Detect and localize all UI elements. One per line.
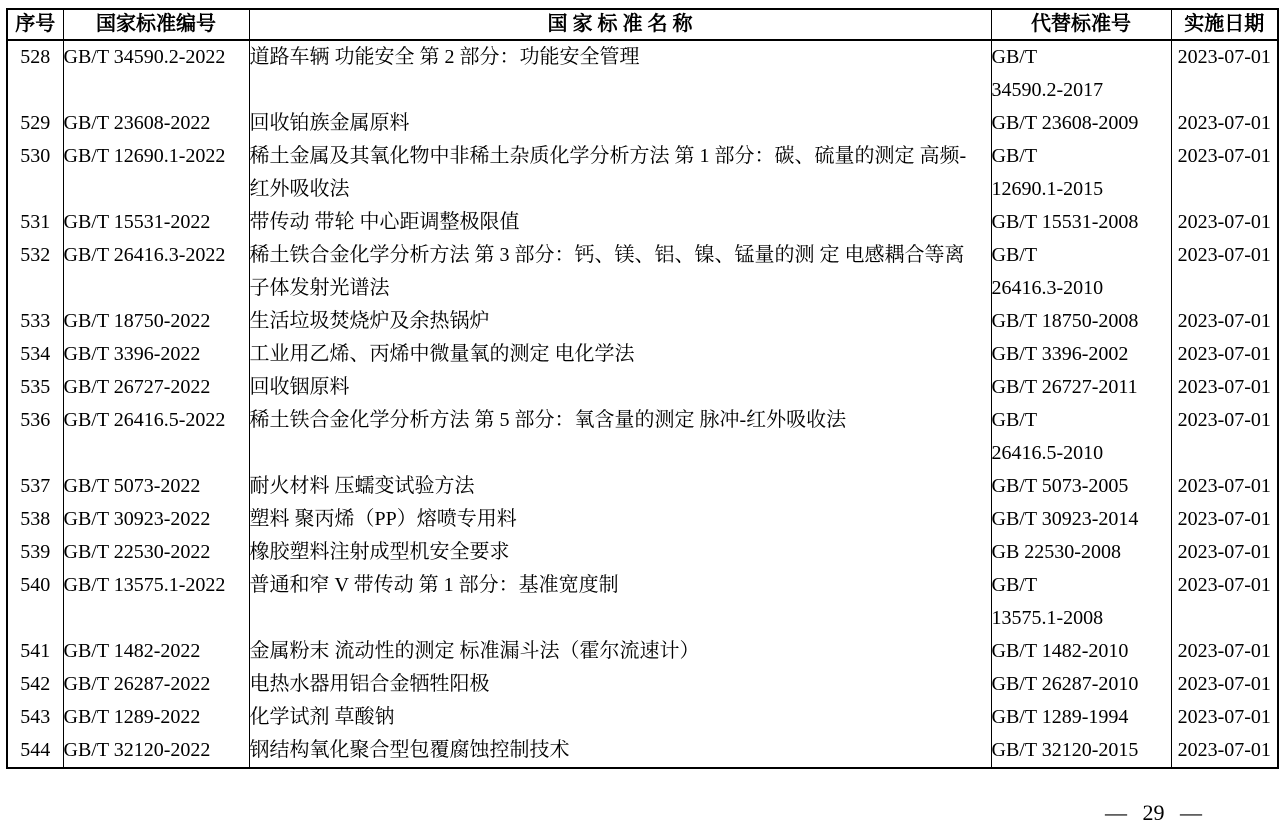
cell-std-name: 化学试剂 草酸钠: [249, 701, 991, 734]
cell-impl-date: 2023-07-01: [1171, 140, 1278, 206]
table-row: 530GB/T 12690.1-2022稀土金属及其氧化物中非稀土杂质化学分析方…: [7, 140, 1278, 206]
cell-std-name: 电热水器用铝合金牺牲阳极: [249, 668, 991, 701]
cell-replaced-no: GB/T 34590.2-2017: [991, 40, 1171, 107]
cell-std-name: 生活垃圾焚烧炉及余热锅炉: [249, 305, 991, 338]
table-row: 541GB/T 1482-2022金属粉末 流动性的测定 标准漏斗法（霍尔流速计…: [7, 635, 1278, 668]
table-row: 528GB/T 34590.2-2022道路车辆 功能安全 第 2 部分：功能安…: [7, 40, 1278, 107]
cell-seq: 537: [7, 470, 63, 503]
cell-std-name: 橡胶塑料注射成型机安全要求: [249, 536, 991, 569]
standards-table: 序号 国家标准编号 国 家 标 准 名 称 代替标准号 实施日期 528GB/T…: [6, 8, 1279, 769]
cell-replaced-no: GB/T 32120-2015: [991, 734, 1171, 768]
table-row: 529GB/T 23608-2022回收铂族金属原料GB/T 23608-200…: [7, 107, 1278, 140]
table-row: 533GB/T 18750-2022生活垃圾焚烧炉及余热锅炉GB/T 18750…: [7, 305, 1278, 338]
cell-std-name: 工业用乙烯、丙烯中微量氧的测定 电化学法: [249, 338, 991, 371]
cell-seq: 533: [7, 305, 63, 338]
cell-impl-date: 2023-07-01: [1171, 701, 1278, 734]
cell-replaced-no: GB/T 26287-2010: [991, 668, 1171, 701]
cell-seq: 530: [7, 140, 63, 206]
cell-seq: 543: [7, 701, 63, 734]
table-row: 544GB/T 32120-2022钢结构氧化聚合型包覆腐蚀控制技术GB/T 3…: [7, 734, 1278, 768]
cell-std-name: 钢结构氧化聚合型包覆腐蚀控制技术: [249, 734, 991, 768]
table-row: 532GB/T 26416.3-2022稀土铁合金化学分析方法 第 3 部分：钙…: [7, 239, 1278, 305]
table-row: 535GB/T 26727-2022回收铟原料GB/T 26727-201120…: [7, 371, 1278, 404]
cell-std-name: 普通和窄 V 带传动 第 1 部分：基准宽度制: [249, 569, 991, 635]
cell-impl-date: 2023-07-01: [1171, 338, 1278, 371]
cell-impl-date: 2023-07-01: [1171, 668, 1278, 701]
cell-replaced-no: GB/T 30923-2014: [991, 503, 1171, 536]
cell-std-no: GB/T 30923-2022: [63, 503, 249, 536]
cell-std-name: 稀土金属及其氧化物中非稀土杂质化学分析方法 第 1 部分：碳、硫量的测定 高频-…: [249, 140, 991, 206]
table-row: 531GB/T 15531-2022带传动 带轮 中心距调整极限值GB/T 15…: [7, 206, 1278, 239]
cell-std-name: 回收铟原料: [249, 371, 991, 404]
page-number: — 29 —: [1105, 798, 1202, 828]
cell-impl-date: 2023-07-01: [1171, 206, 1278, 239]
cell-std-name: 耐火材料 压蠕变试验方法: [249, 470, 991, 503]
cell-std-no: GB/T 13575.1-2022: [63, 569, 249, 635]
cell-replaced-no: GB/T 15531-2008: [991, 206, 1171, 239]
cell-seq: 539: [7, 536, 63, 569]
cell-replaced-no: GB/T 1289-1994: [991, 701, 1171, 734]
table-row: 538GB/T 30923-2022塑料 聚丙烯（PP）熔喷专用料GB/T 30…: [7, 503, 1278, 536]
cell-impl-date: 2023-07-01: [1171, 404, 1278, 470]
cell-replaced-no: GB/T 12690.1-2015: [991, 140, 1171, 206]
col-header-replaced-no: 代替标准号: [991, 9, 1171, 40]
cell-replaced-no: GB/T 26416.3-2010: [991, 239, 1171, 305]
cell-replaced-no: GB/T 23608-2009: [991, 107, 1171, 140]
cell-std-no: GB/T 32120-2022: [63, 734, 249, 768]
cell-std-name: 金属粉末 流动性的测定 标准漏斗法（霍尔流速计）: [249, 635, 991, 668]
col-header-seq: 序号: [7, 9, 63, 40]
cell-seq: 528: [7, 40, 63, 107]
cell-seq: 535: [7, 371, 63, 404]
cell-seq: 532: [7, 239, 63, 305]
cell-replaced-no: GB/T 18750-2008: [991, 305, 1171, 338]
table-row: 540GB/T 13575.1-2022普通和窄 V 带传动 第 1 部分：基准…: [7, 569, 1278, 635]
cell-impl-date: 2023-07-01: [1171, 470, 1278, 503]
cell-seq: 531: [7, 206, 63, 239]
cell-std-no: GB/T 26416.5-2022: [63, 404, 249, 470]
cell-seq: 538: [7, 503, 63, 536]
cell-impl-date: 2023-07-01: [1171, 635, 1278, 668]
cell-replaced-no: GB/T 1482-2010: [991, 635, 1171, 668]
cell-std-no: GB/T 12690.1-2022: [63, 140, 249, 206]
cell-std-no: GB/T 23608-2022: [63, 107, 249, 140]
cell-std-no: GB/T 26727-2022: [63, 371, 249, 404]
cell-std-name: 回收铂族金属原料: [249, 107, 991, 140]
cell-replaced-no: GB/T 3396-2002: [991, 338, 1171, 371]
cell-std-name: 塑料 聚丙烯（PP）熔喷专用料: [249, 503, 991, 536]
cell-std-name: 道路车辆 功能安全 第 2 部分：功能安全管理: [249, 40, 991, 107]
cell-impl-date: 2023-07-01: [1171, 371, 1278, 404]
cell-impl-date: 2023-07-01: [1171, 734, 1278, 768]
cell-impl-date: 2023-07-01: [1171, 40, 1278, 107]
cell-replaced-no: GB/T 26416.5-2010: [991, 404, 1171, 470]
cell-impl-date: 2023-07-01: [1171, 536, 1278, 569]
cell-std-no: GB/T 5073-2022: [63, 470, 249, 503]
cell-std-no: GB/T 1289-2022: [63, 701, 249, 734]
col-header-std-no: 国家标准编号: [63, 9, 249, 40]
cell-std-no: GB/T 26416.3-2022: [63, 239, 249, 305]
cell-std-no: GB/T 3396-2022: [63, 338, 249, 371]
cell-std-no: GB/T 15531-2022: [63, 206, 249, 239]
cell-std-no: GB/T 26287-2022: [63, 668, 249, 701]
cell-impl-date: 2023-07-01: [1171, 305, 1278, 338]
cell-seq: 541: [7, 635, 63, 668]
cell-std-name: 稀土铁合金化学分析方法 第 3 部分：钙、镁、铝、镍、锰量的测 定 电感耦合等离…: [249, 239, 991, 305]
cell-replaced-no: GB 22530-2008: [991, 536, 1171, 569]
table-row: 536GB/T 26416.5-2022稀土铁合金化学分析方法 第 5 部分：氧…: [7, 404, 1278, 470]
table-row: 542GB/T 26287-2022电热水器用铝合金牺牲阳极GB/T 26287…: [7, 668, 1278, 701]
cell-std-name: 带传动 带轮 中心距调整极限值: [249, 206, 991, 239]
cell-seq: 542: [7, 668, 63, 701]
cell-std-no: GB/T 18750-2022: [63, 305, 249, 338]
table-row: 534GB/T 3396-2022工业用乙烯、丙烯中微量氧的测定 电化学法GB/…: [7, 338, 1278, 371]
cell-std-no: GB/T 1482-2022: [63, 635, 249, 668]
cell-impl-date: 2023-07-01: [1171, 503, 1278, 536]
cell-impl-date: 2023-07-01: [1171, 107, 1278, 140]
cell-seq: 544: [7, 734, 63, 768]
table-header-row: 序号 国家标准编号 国 家 标 准 名 称 代替标准号 实施日期: [7, 9, 1278, 40]
cell-replaced-no: GB/T 13575.1-2008: [991, 569, 1171, 635]
col-header-impl-date: 实施日期: [1171, 9, 1278, 40]
cell-impl-date: 2023-07-01: [1171, 569, 1278, 635]
standards-table-body: 528GB/T 34590.2-2022道路车辆 功能安全 第 2 部分：功能安…: [7, 40, 1278, 768]
cell-std-no: GB/T 22530-2022: [63, 536, 249, 569]
cell-std-no: GB/T 34590.2-2022: [63, 40, 249, 107]
cell-replaced-no: GB/T 5073-2005: [991, 470, 1171, 503]
table-row: 537GB/T 5073-2022耐火材料 压蠕变试验方法GB/T 5073-2…: [7, 470, 1278, 503]
document-page: 序号 国家标准编号 国 家 标 准 名 称 代替标准号 实施日期 528GB/T…: [0, 0, 1280, 840]
col-header-std-name: 国 家 标 准 名 称: [249, 9, 991, 40]
cell-seq: 529: [7, 107, 63, 140]
cell-seq: 536: [7, 404, 63, 470]
cell-seq: 534: [7, 338, 63, 371]
cell-replaced-no: GB/T 26727-2011: [991, 371, 1171, 404]
cell-seq: 540: [7, 569, 63, 635]
cell-std-name: 稀土铁合金化学分析方法 第 5 部分：氧含量的测定 脉冲-红外吸收法: [249, 404, 991, 470]
cell-impl-date: 2023-07-01: [1171, 239, 1278, 305]
table-row: 539GB/T 22530-2022橡胶塑料注射成型机安全要求GB 22530-…: [7, 536, 1278, 569]
table-row: 543GB/T 1289-2022化学试剂 草酸钠GB/T 1289-19942…: [7, 701, 1278, 734]
